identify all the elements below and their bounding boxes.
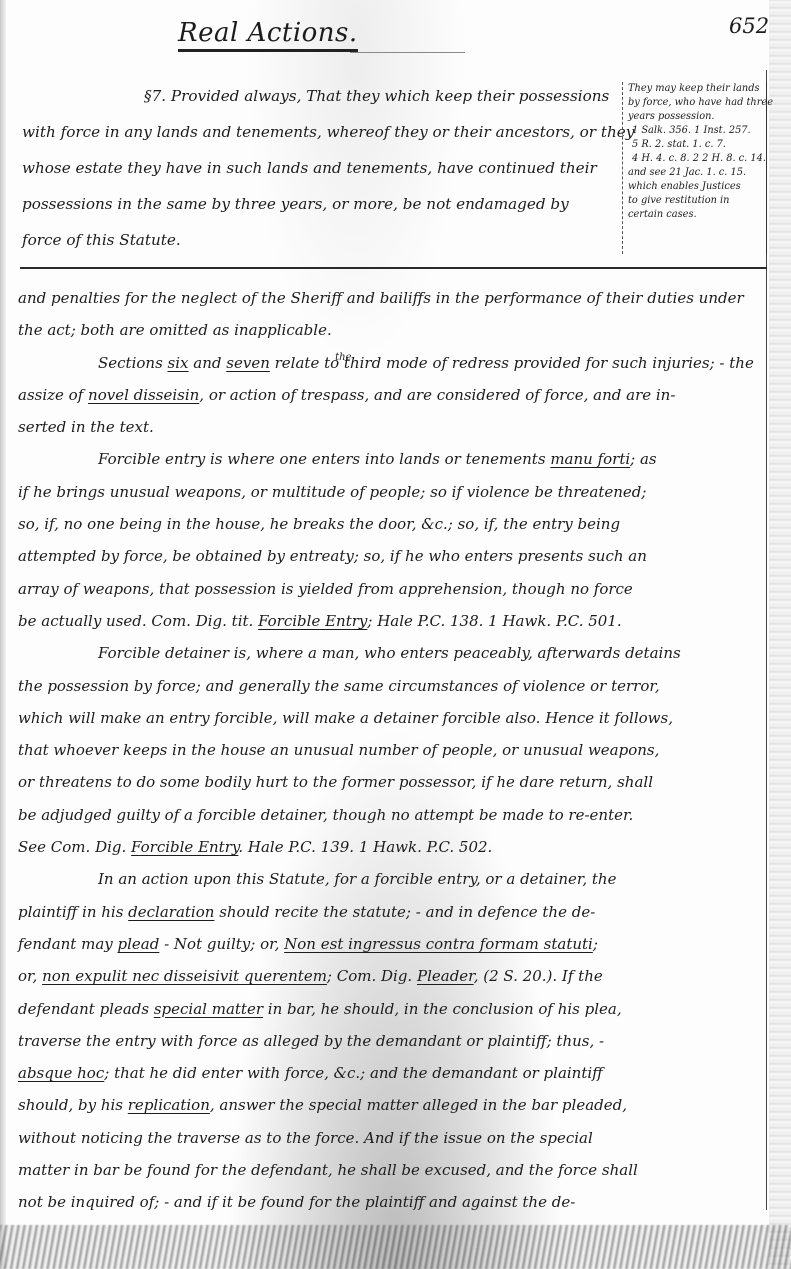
body-line: assize of novel disseisin, or action of … bbox=[18, 379, 768, 411]
text: and bbox=[189, 354, 227, 372]
text: Forcible entry is where one enters into … bbox=[98, 450, 550, 468]
text: in bar, he should, in the conclusion of … bbox=[263, 1000, 622, 1018]
body-line: not be inquired of; - and if it be found… bbox=[18, 1186, 768, 1218]
statute-line: §7. Provided always, That they which kee… bbox=[22, 78, 622, 114]
body-line: attempted by force, be obtained by entre… bbox=[18, 540, 768, 572]
text: fendant may bbox=[18, 935, 118, 953]
text: be actually used. Com. Dig. tit. bbox=[18, 612, 258, 630]
body-line: be actually used. Com. Dig. tit. Forcibl… bbox=[18, 605, 768, 637]
scan-bottom-smudge bbox=[0, 1225, 791, 1269]
underlined-term: plead bbox=[118, 935, 160, 953]
statute-section-7: §7. Provided always, That they which kee… bbox=[22, 78, 622, 258]
margin-citation: 4 H. 4. c. 8. 2 2 H. 8. c. 14. bbox=[628, 152, 766, 166]
statute-line: force of this Statute. bbox=[22, 222, 622, 258]
text: , or action of trespass, and are conside… bbox=[199, 386, 675, 404]
text: ; as bbox=[630, 450, 656, 468]
title-rule bbox=[350, 52, 465, 53]
section-divider bbox=[20, 267, 767, 269]
text: , (2 S. 20.). If the bbox=[474, 967, 603, 985]
body-line: so, if, no one being in the house, he br… bbox=[18, 508, 768, 540]
underlined-term: novel disseisin bbox=[88, 386, 199, 404]
text: ; bbox=[593, 935, 598, 953]
body-line: which will make an entry forcible, will … bbox=[18, 702, 768, 734]
underlined-term: declaration bbox=[128, 903, 214, 921]
underlined-reference: Forcible Entry bbox=[258, 612, 367, 630]
underlined-term: special matter bbox=[154, 1000, 263, 1018]
text: should recite the statute; - and in defe… bbox=[214, 903, 595, 921]
text: , answer the special matter alleged in t… bbox=[210, 1096, 627, 1114]
margin-note-line: which enables Justices bbox=[628, 180, 766, 194]
text: assize of bbox=[18, 386, 88, 404]
body-line: Forcible entry is where one enters into … bbox=[18, 443, 768, 475]
text: third mode of redress provided for such … bbox=[339, 354, 754, 372]
scan-left-edge bbox=[0, 0, 6, 1269]
text: See Com. Dig. bbox=[18, 838, 131, 856]
underlined-term: non expulit nec disseisivit querentem bbox=[42, 967, 327, 985]
margin-note: They may keep their lands by force, who … bbox=[622, 82, 767, 254]
underlined-term: six bbox=[168, 354, 189, 372]
margin-note-line: by force, who have had three bbox=[628, 96, 766, 110]
body-line: that whoever keeps in the house an unusu… bbox=[18, 734, 768, 766]
statute-line: possessions in the same by three years, … bbox=[22, 186, 622, 222]
underlined-term: absque hoc bbox=[18, 1064, 104, 1082]
body-line: fendant may plead - Not guilty; or, Non … bbox=[18, 928, 768, 960]
body-line: or threatens to do some bodily hurt to t… bbox=[18, 766, 768, 798]
underlined-reference: Pleader bbox=[417, 967, 474, 985]
interlinear-insertion: the bbox=[335, 342, 351, 374]
body-line: absque hoc; that he did enter with force… bbox=[18, 1057, 768, 1089]
scan-right-edge bbox=[769, 0, 791, 1269]
page-title: Real Actions. bbox=[178, 18, 358, 52]
margin-note-line: and see 21 Jac. 1. c. 15. bbox=[628, 166, 766, 180]
body-line: the act; both are omitted as inapplicabl… bbox=[18, 314, 768, 346]
body-line: array of weapons, that possession is yie… bbox=[18, 573, 768, 605]
margin-note-line: certain cases. bbox=[628, 208, 766, 222]
text: should, by his bbox=[18, 1096, 128, 1114]
margin-note-line: They may keep their lands bbox=[628, 82, 766, 96]
manuscript-page: Real Actions. 652 §7. Provided always, T… bbox=[0, 0, 791, 1269]
text: . Hale P.C. 139. 1 Hawk. P.C. 502. bbox=[238, 838, 492, 856]
body-line: See Com. Dig. Forcible Entry. Hale P.C. … bbox=[18, 831, 768, 863]
body-line: Sections six and seven relate tothe thir… bbox=[18, 347, 768, 379]
commentary-body: and penalties for the neglect of the She… bbox=[18, 282, 768, 1219]
body-line: be adjudged guilty of a forcible detaine… bbox=[18, 799, 768, 831]
text: Sections bbox=[98, 354, 168, 372]
body-line: should, by his replication, answer the s… bbox=[18, 1089, 768, 1121]
body-line: if he brings unusual weapons, or multitu… bbox=[18, 476, 768, 508]
margin-citation: 1 Salk. 356. 1 Inst. 257. bbox=[628, 124, 766, 138]
underlined-term: Non est ingressus contra formam statuti bbox=[284, 935, 593, 953]
underlined-reference: Forcible Entry bbox=[131, 838, 238, 856]
text: plaintiff in his bbox=[18, 903, 128, 921]
margin-note-line: to give restitution in bbox=[628, 194, 766, 208]
body-line: without noticing the traverse as to the … bbox=[18, 1122, 768, 1154]
text: relate to bbox=[270, 354, 339, 372]
body-line: Forcible detainer is, where a man, who e… bbox=[18, 637, 768, 669]
statute-line: whose estate they have in such lands and… bbox=[22, 150, 622, 186]
body-line: serted in the text. bbox=[18, 411, 768, 443]
body-line: In an action upon this Statute, for a fo… bbox=[18, 863, 768, 895]
text: ; that he did enter with force, &c.; and… bbox=[104, 1064, 603, 1082]
underlined-term: manu forti bbox=[550, 450, 630, 468]
body-line: the possession by force; and generally t… bbox=[18, 670, 768, 702]
text: or, bbox=[18, 967, 42, 985]
text: ; Hale P.C. 138. 1 Hawk. P.C. 501. bbox=[367, 612, 621, 630]
body-line: defendant pleads special matter in bar, … bbox=[18, 993, 768, 1025]
page-number: 652 bbox=[729, 14, 769, 38]
body-line: or, non expulit nec disseisivit querente… bbox=[18, 960, 768, 992]
statute-line: with force in any lands and tenements, w… bbox=[22, 114, 622, 150]
text: ; Com. Dig. bbox=[327, 967, 417, 985]
underlined-term: replication bbox=[128, 1096, 210, 1114]
underlined-term: seven bbox=[226, 354, 270, 372]
margin-note-line: years possession. bbox=[628, 110, 766, 124]
text: - Not guilty; or, bbox=[159, 935, 284, 953]
margin-citation: 5 R. 2. stat. 1. c. 7. bbox=[628, 138, 766, 152]
body-line: traverse the entry with force as alleged… bbox=[18, 1025, 768, 1057]
body-line: matter in bar be found for the defendant… bbox=[18, 1154, 768, 1186]
body-line: and penalties for the neglect of the She… bbox=[18, 282, 768, 314]
body-line: plaintiff in his declaration should reci… bbox=[18, 896, 768, 928]
text: defendant pleads bbox=[18, 1000, 154, 1018]
